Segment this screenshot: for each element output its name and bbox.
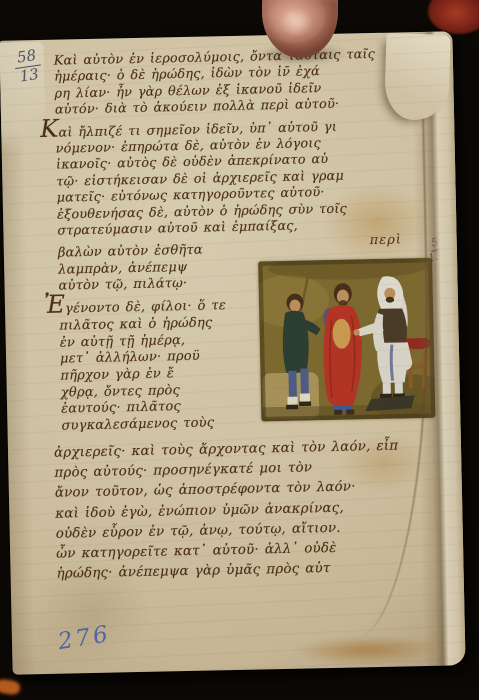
edge-smudge [0,678,21,696]
manuscript-page: 58 13 Καὶ αὐτὸν ἐν ἱεροσολύμοις, ὄντα τα… [0,31,466,674]
manuscript-photo: 58 13 Καὶ αὐτὸν ἐν ἱεροσολύμοις, ὄντα τα… [0,0,479,700]
guard-leg [300,368,309,395]
guard-leg [288,371,297,399]
finger-tip-right [428,0,479,34]
christ-foot [334,410,342,415]
page-corner-fold [384,33,451,121]
guard-sock [287,397,297,406]
bottom-edge-stain [292,634,443,665]
quire-folio-numbers: 58 13 [8,46,49,87]
guard-shoe [286,405,298,410]
guard-sock [300,393,310,402]
gospel-text-narrow-block: βαλὼν αὐτὸν ἐσθῆταλαμπρὰν, ἀνέπεμψαὐτὸν … [58,241,262,435]
guard-shoe [299,401,311,406]
page-number: 276 [56,621,112,655]
text-line: συγκαλεσάμενος τοὺς [61,414,261,435]
